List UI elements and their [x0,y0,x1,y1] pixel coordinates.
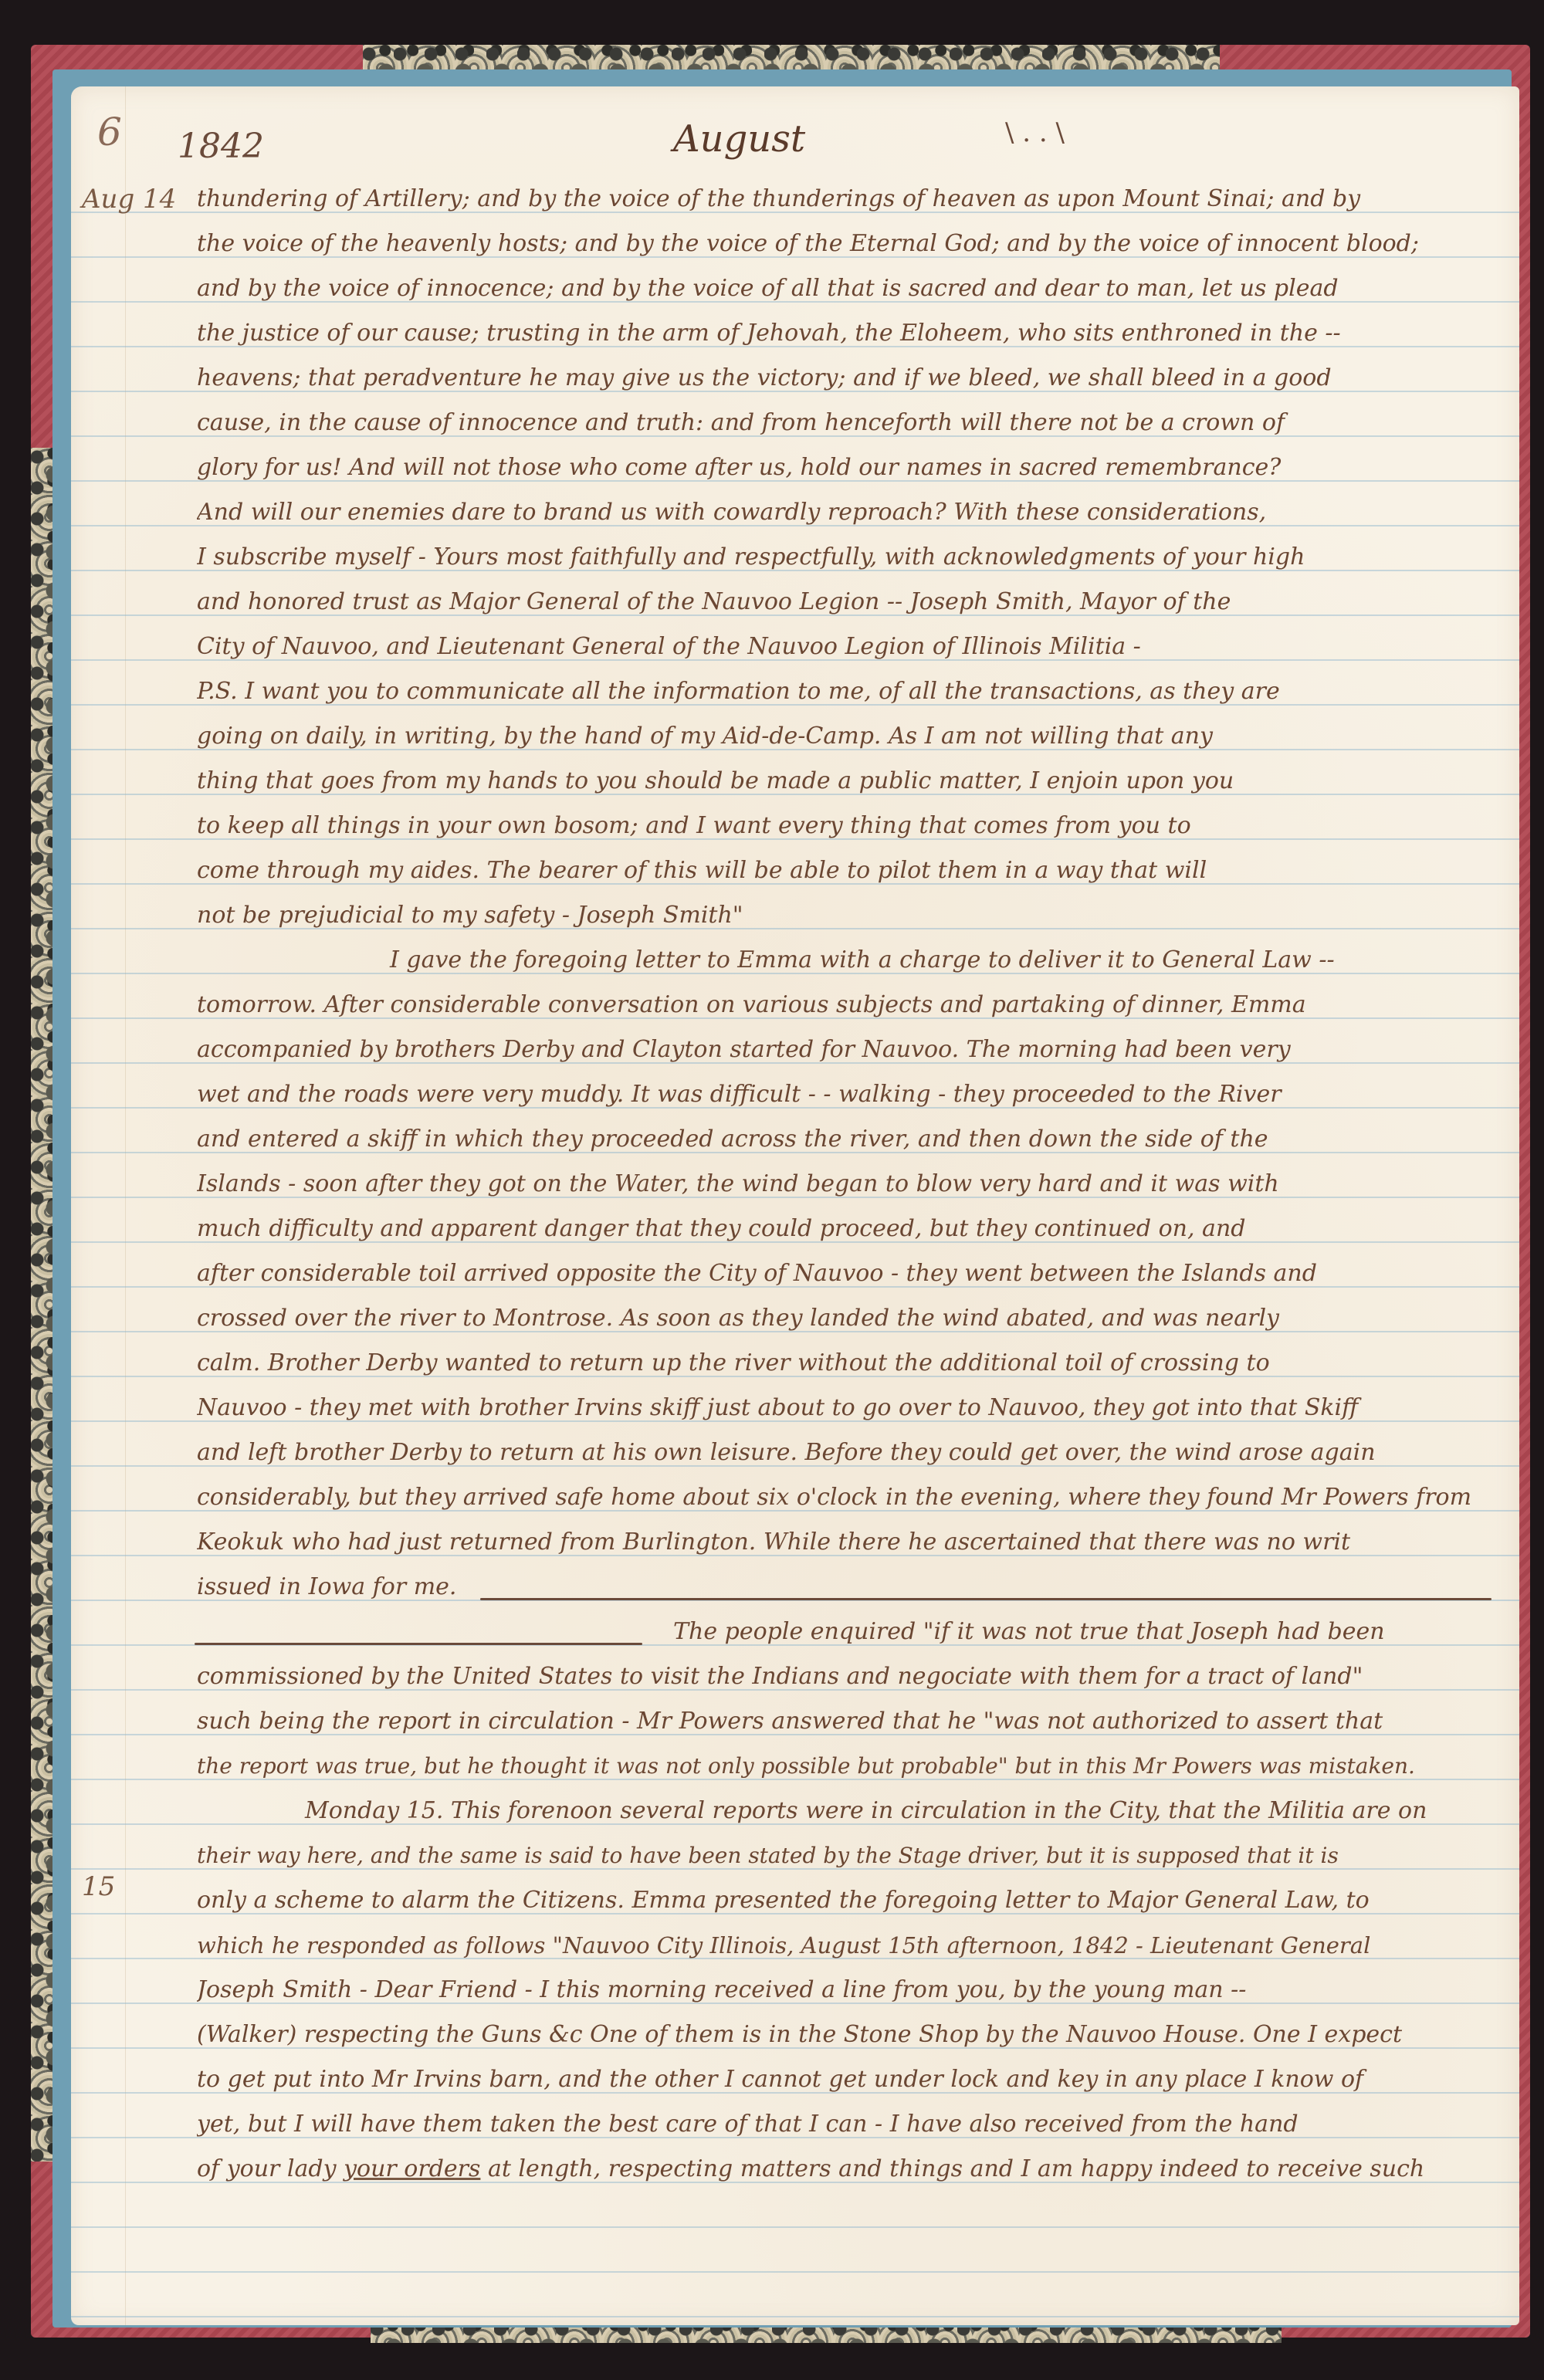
ruled-line [71,2271,1519,2273]
text-fragment: of your lady [197,2155,337,2182]
page-number: 6 [97,110,122,154]
ink-rule [480,1598,1492,1600]
text-line: commissioned by the United States to vis… [197,1661,1509,1692]
text-line: wet and the roads were very muddy. It wa… [197,1079,1509,1110]
stray-marks: \ . . \ [1005,117,1065,148]
text-line: And will our enemies dare to brand us wi… [197,497,1509,528]
text-line: the justice of our cause; trusting in th… [197,318,1509,349]
ruled-line [71,2226,1519,2228]
text-line: City of Nauvoo, and Lieutenant General o… [197,631,1509,662]
text-line: and left brother Derby to return at his … [197,1437,1509,1468]
text-line: calm. Brother Derby wanted to return up … [197,1348,1509,1379]
text-line: much difficulty and apparent danger that… [197,1214,1509,1244]
text-line: such being the report in circulation - M… [197,1706,1509,1737]
text-line: and by the voice of innocence; and by th… [197,273,1509,304]
text-line: Islands - soon after they got on the Wat… [197,1169,1509,1200]
text-line: glory for us! And will not those who com… [197,452,1509,483]
text-line: after considerable toil arrived opposite… [197,1258,1509,1289]
text-line: going on daily, in writing, by the hand … [197,721,1509,752]
text-line: Monday 15. This forenoon several reports… [197,1796,1509,1826]
text-line: which he responded as follows "Nauvoo Ci… [197,1930,1509,1961]
margin-date-15: 15 [82,1871,115,1902]
text-line: and honored trust as Major General of th… [197,587,1509,618]
text-line: cause, in the cause of innocence and tru… [197,408,1509,438]
text-line: the voice of the heavenly hosts; and by … [197,229,1509,259]
text-line: I subscribe myself - Yours most faithful… [197,542,1509,573]
text-line: The people enquired "if it was not true … [673,1617,1507,1647]
text-line: thing that goes from my hands to you sho… [197,766,1509,797]
text-line: Nauvoo - they met with brother Irvins sk… [197,1393,1509,1424]
year-heading: 1842 [178,127,264,166]
text-line: crossed over the river to Montrose. As s… [197,1303,1509,1334]
text-line: yet, but I will have them taken the best… [197,2109,1509,2140]
marbled-edge-left [31,448,54,2162]
text-line: only a scheme to alarm the Citizens. Emm… [197,1885,1509,1916]
ruled-line [71,2316,1519,2317]
text-line: tomorrow. After considerable conversatio… [197,990,1509,1021]
ink-rule [195,1643,642,1645]
margin-date-aug-14: Aug 14 [82,184,176,215]
manuscript-page: 6 1842 August \ . . \ Aug 14 15 thunderi… [71,86,1519,2325]
underlined-phrase: your orders [344,2155,480,2182]
text-line: not be prejudicial to my safety - Joseph… [197,900,1509,931]
text-line: (Walker) respecting the Guns &c One of t… [197,2019,1509,2050]
text-line: considerably, but they arrived safe home… [197,1482,1509,1513]
text-line: P.S. I want you to communicate all the i… [197,676,1509,707]
month-heading: August [673,117,805,161]
text-line: accompanied by brothers Derby and Clayto… [197,1034,1509,1065]
text-line: to get put into Mr Irvins barn, and the … [197,2064,1509,2095]
margin-rule [125,86,126,2325]
text-line: I gave the foregoing letter to Emma with… [197,945,1509,976]
text-line: to keep all things in your own bosom; an… [197,811,1509,841]
text-line: their way here, and the same is said to … [197,1840,1509,1871]
text-line: come through my aides. The bearer of thi… [197,855,1509,886]
text-line: thundering of Artillery; and by the voic… [197,184,1509,215]
text-line-final: of your lady your orders at length, resp… [197,2154,1509,2185]
text-line: Keokuk who had just returned from Burlin… [197,1527,1509,1558]
text-line: the report was true, but he thought it w… [197,1751,1509,1782]
text-fragment: at length, respecting matters and things… [488,2155,1424,2182]
text-line: heavens; that peradventure he may give u… [197,363,1509,394]
text-line: and entered a skiff in which they procee… [197,1124,1509,1155]
text-line: Joseph Smith - Dear Friend - I this morn… [197,1975,1509,2006]
